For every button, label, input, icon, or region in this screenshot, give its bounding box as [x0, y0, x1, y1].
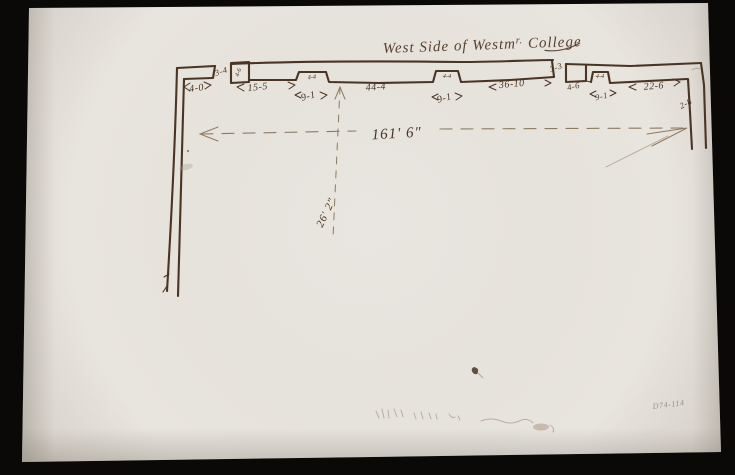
title-suffix: College: [523, 34, 582, 52]
dim-segment-3: 44-4: [365, 81, 386, 93]
offset-blob: [533, 424, 549, 431]
dim-recess-2-width: 4-4: [443, 73, 451, 80]
dim-segment-4: 36-10: [497, 78, 525, 91]
dim-left-top-segment: 4-0: [189, 82, 205, 95]
dim-segment-5: 22-6: [643, 80, 664, 92]
ink-speck: [187, 150, 189, 152]
dim-overall-length: 161' 6": [371, 125, 422, 144]
dim-segment-2: 15-5: [247, 81, 268, 94]
photograph-of-drawing: 4-0 3-4 4-6 15-5 4-4 9-1 44-4 4-4 9-1 36…: [0, 0, 735, 475]
drawing-canvas: 4-0 3-4 4-6 15-5 4-4 9-1 44-4 4-4 9-1 36…: [0, 0, 735, 475]
paper-shading: [0, 0, 735, 475]
left-top-wall-inner: [184, 78, 212, 79]
dim-recess-1-width: 4-4: [307, 74, 316, 82]
dim-recess-3-width: 4-4: [596, 73, 604, 80]
